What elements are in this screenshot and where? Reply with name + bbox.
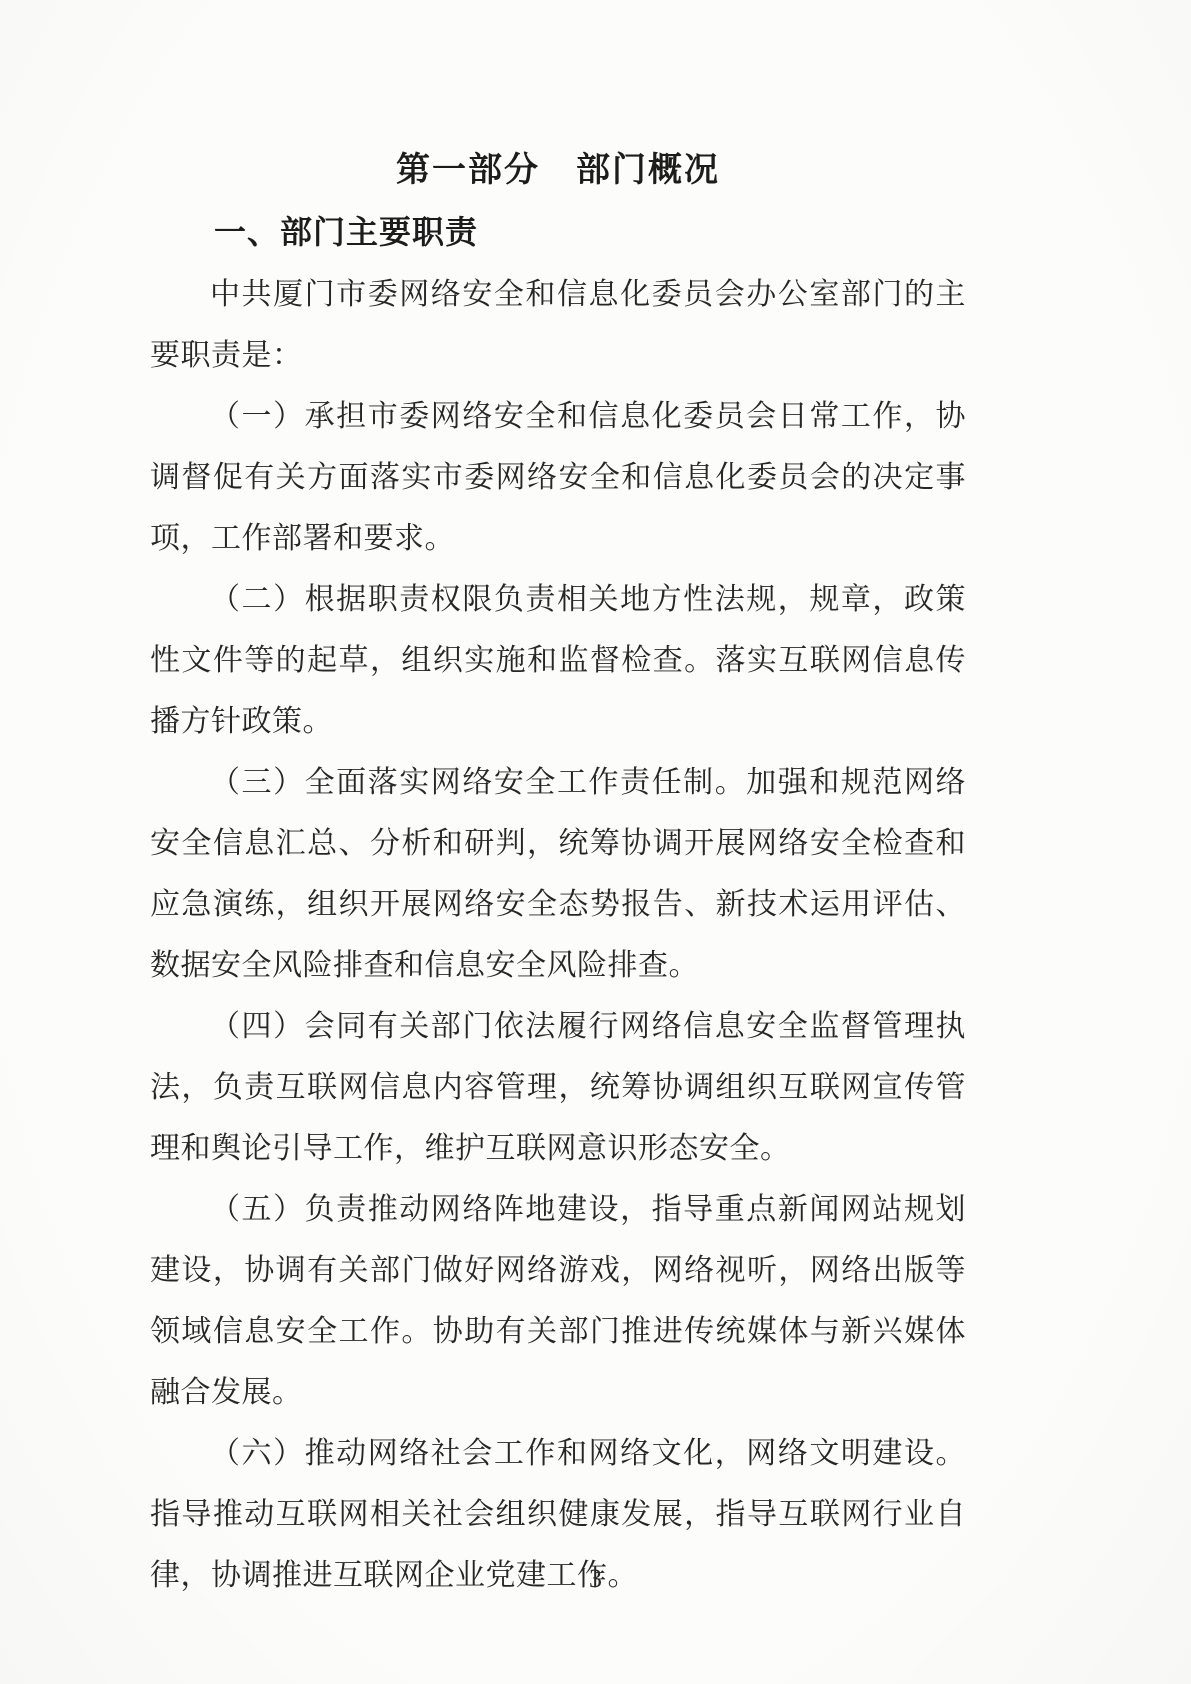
document-title: 第一部分 部门概况 <box>150 146 966 195</box>
duty-item-4: （四）会同有关部门依法履行网络信息安全监督管理执法，负责互联网信息内容管理，统筹… <box>150 996 966 1179</box>
duty-item-1: （一）承担市委网络安全和信息化委员会日常工作，协调督促有关方面落实市委网络安全和… <box>150 386 966 569</box>
paragraph-intro: 中共厦门市委网络安全和信息化委员会办公室部门的主要职责是： <box>150 264 966 386</box>
duty-item-5: （五）负责推动网络阵地建设，指导重点新闻网站规划建设，协调有关部门做好网络游戏，… <box>150 1179 966 1423</box>
document-page: 第一部分 部门概况 一、部门主要职责 中共厦门市委网络安全和信息化委员会办公室部… <box>0 0 1191 1684</box>
document-content: 第一部分 部门概况 一、部门主要职责 中共厦门市委网络安全和信息化委员会办公室部… <box>150 146 966 1606</box>
duty-item-2: （二）根据职责权限负责相关地方性法规，规章，政策性文件等的起草，组织实施和监督检… <box>150 569 966 752</box>
body-paragraphs: 中共厦门市委网络安全和信息化委员会办公室部门的主要职责是： （一）承担市委网络安… <box>150 264 966 1606</box>
duty-item-3: （三）全面落实网络安全工作责任制。加强和规范网络安全信息汇总、分析和研判，统筹协… <box>150 752 966 996</box>
page-number: 3 <box>0 1566 1191 1592</box>
section-heading: 一、部门主要职责 <box>150 209 966 255</box>
